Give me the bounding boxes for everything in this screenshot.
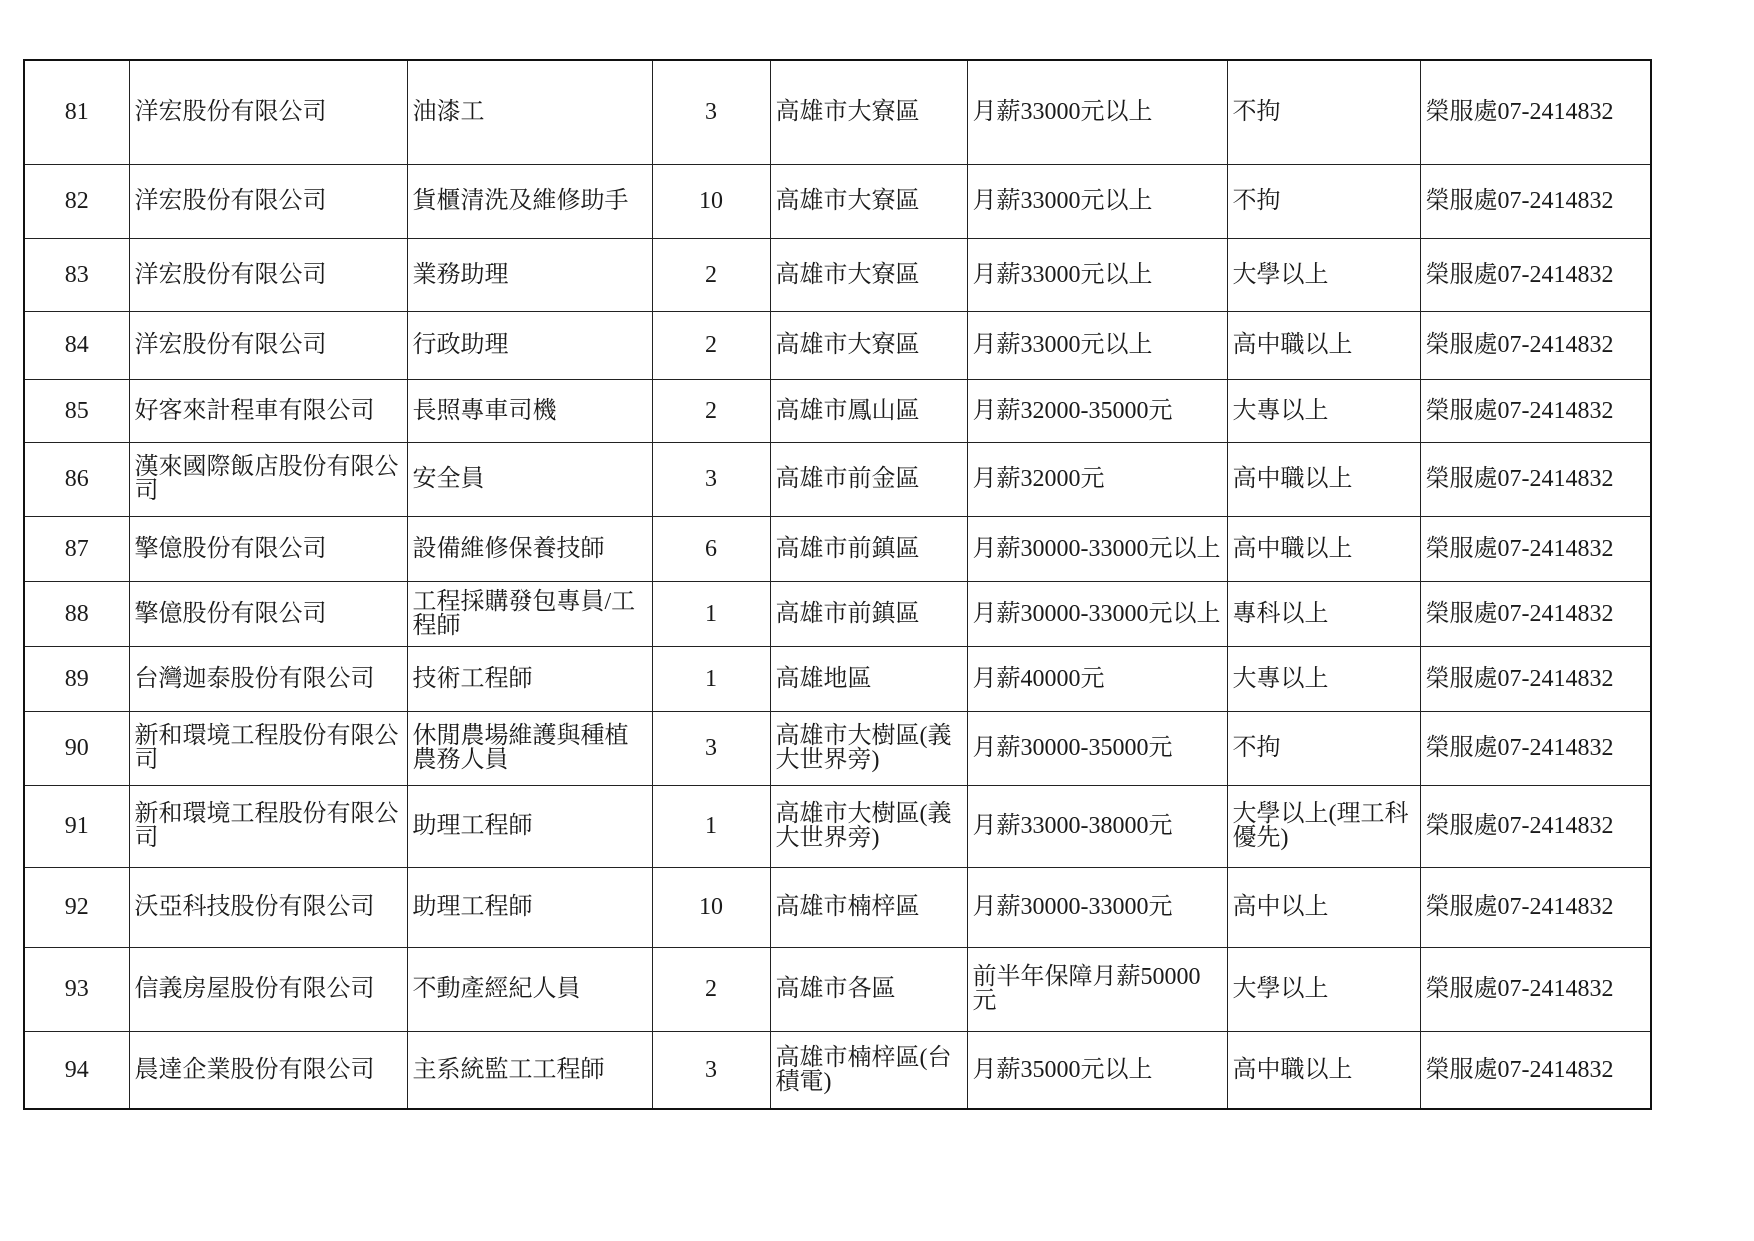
cell-quantity: 1 [652, 646, 770, 711]
cell-company: 洋宏股份有限公司 [129, 60, 407, 164]
cell-company: 洋宏股份有限公司 [129, 311, 407, 379]
table-body: 81 洋宏股份有限公司 油漆工 3 高雄市大寮區 月薪33000元以上 不拘 榮… [24, 60, 1651, 1109]
cell-salary: 月薪33000元以上 [967, 60, 1227, 164]
cell-company: 洋宏股份有限公司 [129, 238, 407, 311]
cell-location: 高雄市前金區 [770, 442, 967, 516]
cell-education: 不拘 [1227, 60, 1420, 164]
cell-salary: 前半年保障月薪50000元 [967, 947, 1227, 1031]
cell-location: 高雄地區 [770, 646, 967, 711]
cell-salary: 月薪30000-33000元以上 [967, 516, 1227, 581]
cell-no: 90 [24, 711, 129, 785]
cell-location: 高雄市各區 [770, 947, 967, 1031]
cell-education: 高中職以上 [1227, 442, 1420, 516]
cell-no: 91 [24, 785, 129, 867]
cell-contact: 榮服處07-2414832 [1420, 867, 1651, 947]
cell-contact: 榮服處07-2414832 [1420, 785, 1651, 867]
cell-salary: 月薪35000元以上 [967, 1031, 1227, 1109]
cell-no: 92 [24, 867, 129, 947]
cell-location: 高雄市大寮區 [770, 311, 967, 379]
table-row: 93 信義房屋股份有限公司 不動產經紀人員 2 高雄市各區 前半年保障月薪500… [24, 947, 1651, 1031]
cell-location: 高雄市前鎮區 [770, 516, 967, 581]
cell-company: 信義房屋股份有限公司 [129, 947, 407, 1031]
cell-education: 高中職以上 [1227, 1031, 1420, 1109]
cell-quantity: 1 [652, 581, 770, 646]
cell-company: 晨達企業股份有限公司 [129, 1031, 407, 1109]
cell-position: 助理工程師 [407, 785, 652, 867]
cell-location: 高雄市大樹區(義大世界旁) [770, 785, 967, 867]
cell-position: 油漆工 [407, 60, 652, 164]
cell-no: 81 [24, 60, 129, 164]
table-row: 94 晨達企業股份有限公司 主系統監工工程師 3 高雄市楠梓區(台積電) 月薪3… [24, 1031, 1651, 1109]
cell-position: 業務助理 [407, 238, 652, 311]
cell-salary: 月薪33000元以上 [967, 238, 1227, 311]
cell-contact: 榮服處07-2414832 [1420, 947, 1651, 1031]
cell-no: 88 [24, 581, 129, 646]
table-row: 87 擎億股份有限公司 設備維修保養技師 6 高雄市前鎮區 月薪30000-33… [24, 516, 1651, 581]
cell-quantity: 2 [652, 379, 770, 442]
table-row: 83 洋宏股份有限公司 業務助理 2 高雄市大寮區 月薪33000元以上 大學以… [24, 238, 1651, 311]
table-row: 86 漢來國際飯店股份有限公司 安全員 3 高雄市前金區 月薪32000元 高中… [24, 442, 1651, 516]
cell-location: 高雄市楠梓區(台積電) [770, 1031, 967, 1109]
cell-education: 不拘 [1227, 711, 1420, 785]
cell-location: 高雄市大樹區(義大世界旁) [770, 711, 967, 785]
cell-salary: 月薪30000-33000元 [967, 867, 1227, 947]
cell-location: 高雄市前鎮區 [770, 581, 967, 646]
cell-company: 新和環境工程股份有限公司 [129, 785, 407, 867]
cell-company: 好客來計程車有限公司 [129, 379, 407, 442]
table-row: 81 洋宏股份有限公司 油漆工 3 高雄市大寮區 月薪33000元以上 不拘 榮… [24, 60, 1651, 164]
cell-position: 不動產經紀人員 [407, 947, 652, 1031]
cell-quantity: 3 [652, 711, 770, 785]
cell-contact: 榮服處07-2414832 [1420, 60, 1651, 164]
cell-education: 大學以上 [1227, 238, 1420, 311]
cell-contact: 榮服處07-2414832 [1420, 238, 1651, 311]
cell-position: 工程採購發包專員/工程師 [407, 581, 652, 646]
cell-education: 高中以上 [1227, 867, 1420, 947]
cell-education: 大學以上(理工科優先) [1227, 785, 1420, 867]
table-row: 90 新和環境工程股份有限公司 休閒農場維護與種植農務人員 3 高雄市大樹區(義… [24, 711, 1651, 785]
cell-education: 高中職以上 [1227, 311, 1420, 379]
cell-education: 大學以上 [1227, 947, 1420, 1031]
cell-quantity: 3 [652, 60, 770, 164]
cell-salary: 月薪32000-35000元 [967, 379, 1227, 442]
cell-education: 不拘 [1227, 164, 1420, 238]
cell-position: 行政助理 [407, 311, 652, 379]
cell-quantity: 10 [652, 867, 770, 947]
cell-quantity: 6 [652, 516, 770, 581]
cell-contact: 榮服處07-2414832 [1420, 1031, 1651, 1109]
cell-position: 助理工程師 [407, 867, 652, 947]
cell-position: 長照專車司機 [407, 379, 652, 442]
cell-quantity: 2 [652, 947, 770, 1031]
cell-education: 大專以上 [1227, 379, 1420, 442]
cell-location: 高雄市鳳山區 [770, 379, 967, 442]
cell-contact: 榮服處07-2414832 [1420, 646, 1651, 711]
cell-salary: 月薪30000-33000元以上 [967, 581, 1227, 646]
cell-salary: 月薪32000元 [967, 442, 1227, 516]
cell-no: 82 [24, 164, 129, 238]
cell-location: 高雄市大寮區 [770, 60, 967, 164]
cell-quantity: 2 [652, 238, 770, 311]
cell-quantity: 3 [652, 1031, 770, 1109]
cell-education: 專科以上 [1227, 581, 1420, 646]
cell-company: 新和環境工程股份有限公司 [129, 711, 407, 785]
cell-company: 台灣迦泰股份有限公司 [129, 646, 407, 711]
cell-position: 貨櫃清洗及維修助手 [407, 164, 652, 238]
cell-contact: 榮服處07-2414832 [1420, 581, 1651, 646]
cell-quantity: 2 [652, 311, 770, 379]
cell-no: 94 [24, 1031, 129, 1109]
table-row: 84 洋宏股份有限公司 行政助理 2 高雄市大寮區 月薪33000元以上 高中職… [24, 311, 1651, 379]
cell-salary: 月薪33000-38000元 [967, 785, 1227, 867]
cell-position: 主系統監工工程師 [407, 1031, 652, 1109]
cell-position: 技術工程師 [407, 646, 652, 711]
cell-location: 高雄市大寮區 [770, 164, 967, 238]
cell-education: 大專以上 [1227, 646, 1420, 711]
cell-contact: 榮服處07-2414832 [1420, 311, 1651, 379]
cell-company: 沃亞科技股份有限公司 [129, 867, 407, 947]
table-row: 89 台灣迦泰股份有限公司 技術工程師 1 高雄地區 月薪40000元 大專以上… [24, 646, 1651, 711]
cell-no: 83 [24, 238, 129, 311]
cell-company: 擎億股份有限公司 [129, 516, 407, 581]
cell-company: 擎億股份有限公司 [129, 581, 407, 646]
cell-no: 87 [24, 516, 129, 581]
cell-no: 84 [24, 311, 129, 379]
cell-no: 86 [24, 442, 129, 516]
cell-no: 85 [24, 379, 129, 442]
cell-position: 休閒農場維護與種植農務人員 [407, 711, 652, 785]
cell-no: 93 [24, 947, 129, 1031]
cell-quantity: 3 [652, 442, 770, 516]
cell-location: 高雄市大寮區 [770, 238, 967, 311]
cell-contact: 榮服處07-2414832 [1420, 711, 1651, 785]
cell-contact: 榮服處07-2414832 [1420, 164, 1651, 238]
cell-contact: 榮服處07-2414832 [1420, 379, 1651, 442]
cell-quantity: 10 [652, 164, 770, 238]
cell-position: 設備維修保養技師 [407, 516, 652, 581]
cell-company: 洋宏股份有限公司 [129, 164, 407, 238]
cell-salary: 月薪33000元以上 [967, 164, 1227, 238]
table-row: 91 新和環境工程股份有限公司 助理工程師 1 高雄市大樹區(義大世界旁) 月薪… [24, 785, 1651, 867]
cell-education: 高中職以上 [1227, 516, 1420, 581]
table-row: 92 沃亞科技股份有限公司 助理工程師 10 高雄市楠梓區 月薪30000-33… [24, 867, 1651, 947]
cell-salary: 月薪33000元以上 [967, 311, 1227, 379]
cell-contact: 榮服處07-2414832 [1420, 516, 1651, 581]
cell-company: 漢來國際飯店股份有限公司 [129, 442, 407, 516]
table-row: 85 好客來計程車有限公司 長照專車司機 2 高雄市鳳山區 月薪32000-35… [24, 379, 1651, 442]
cell-quantity: 1 [652, 785, 770, 867]
table-row: 88 擎億股份有限公司 工程採購發包專員/工程師 1 高雄市前鎮區 月薪3000… [24, 581, 1651, 646]
cell-salary: 月薪30000-35000元 [967, 711, 1227, 785]
cell-salary: 月薪40000元 [967, 646, 1227, 711]
table-row: 82 洋宏股份有限公司 貨櫃清洗及維修助手 10 高雄市大寮區 月薪33000元… [24, 164, 1651, 238]
cell-position: 安全員 [407, 442, 652, 516]
cell-contact: 榮服處07-2414832 [1420, 442, 1651, 516]
cell-no: 89 [24, 646, 129, 711]
cell-location: 高雄市楠梓區 [770, 867, 967, 947]
job-listings-table: 81 洋宏股份有限公司 油漆工 3 高雄市大寮區 月薪33000元以上 不拘 榮… [23, 59, 1652, 1110]
